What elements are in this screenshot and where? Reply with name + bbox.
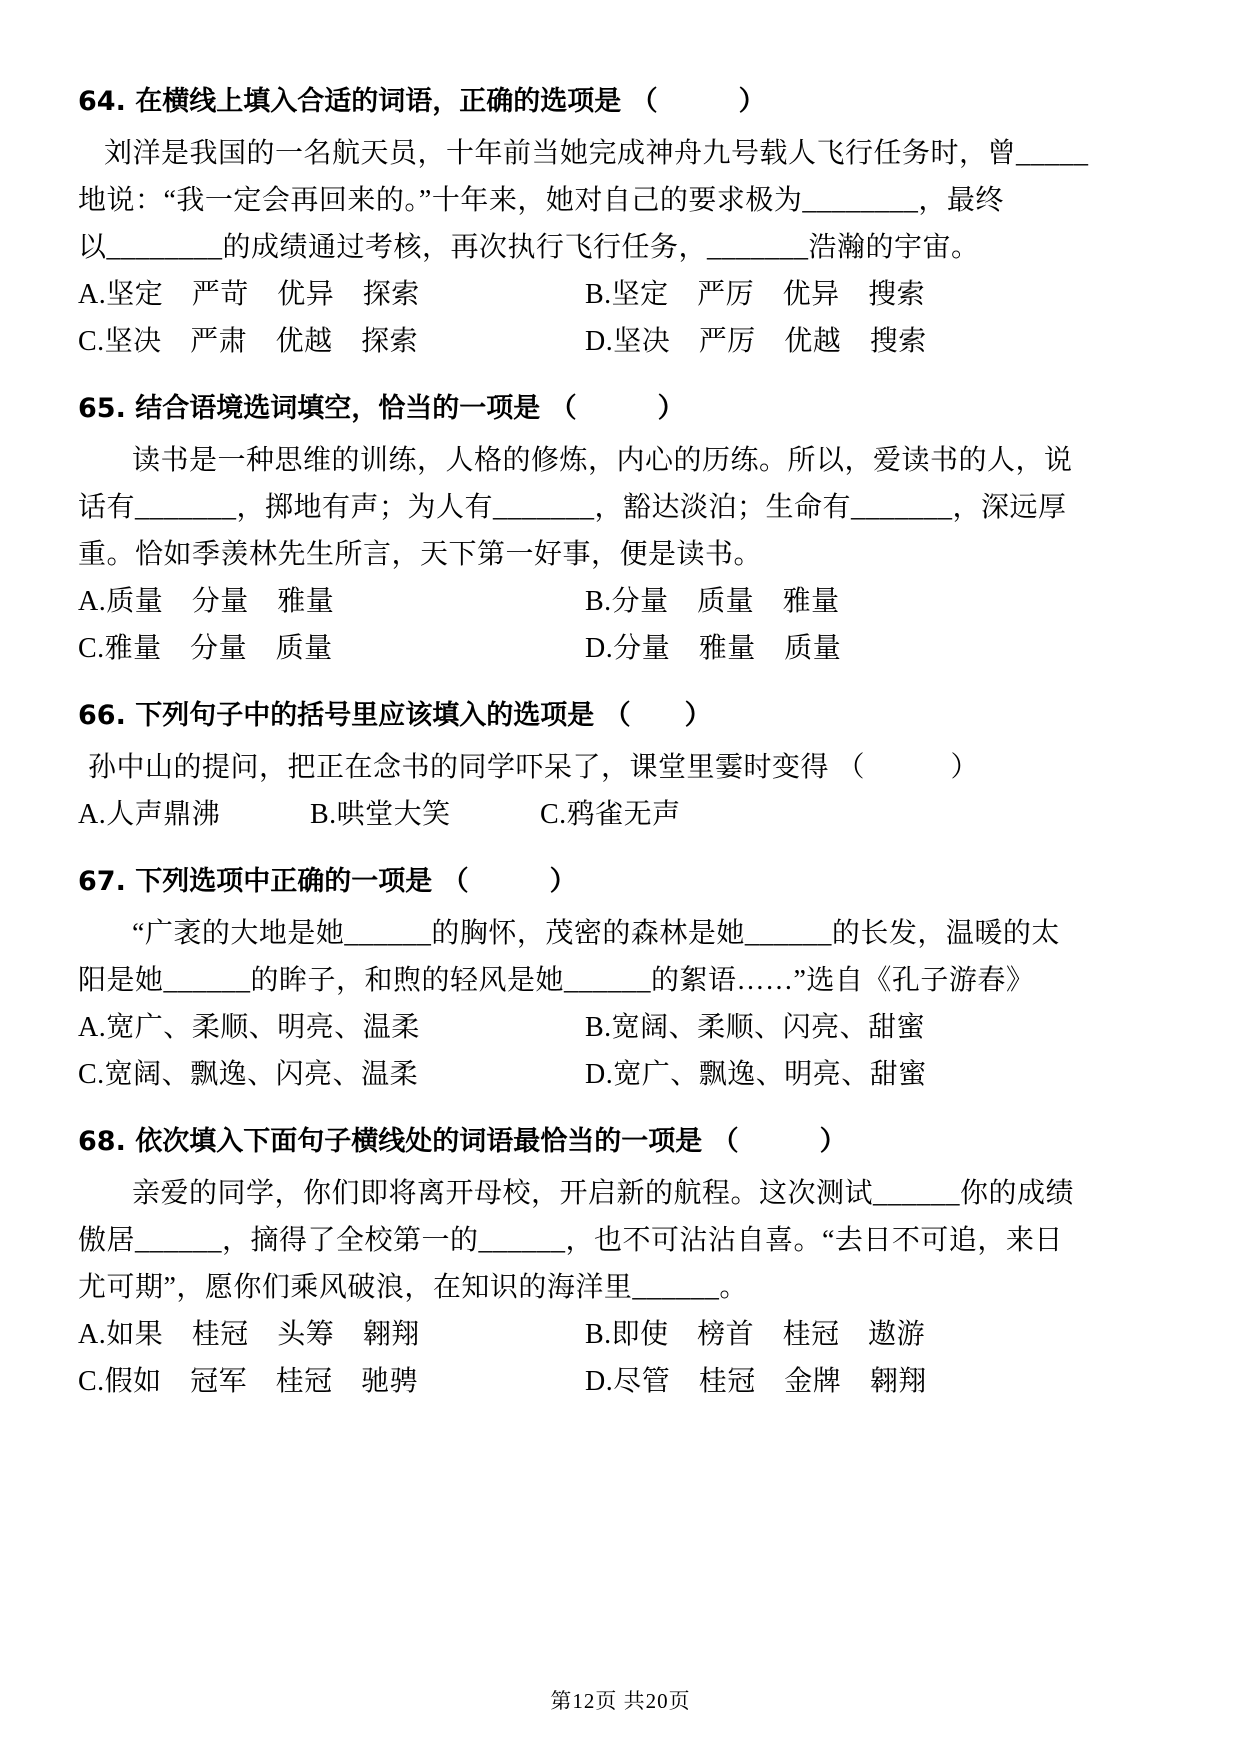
question-67-option-d: D.宽广、飘逸、明亮、甜蜜 bbox=[585, 1051, 927, 1098]
question-66: 66. 下列句子中的括号里应该填入的选项是 （ ） 孙中山的提问，把正在念书的同… bbox=[78, 698, 1167, 838]
question-64-title: 64. 在横线上填入合适的词语，正确的选项是 （ ） bbox=[78, 84, 1167, 120]
question-65-line-3: 重。恰如季羡林先生所言，天下第一好事，便是读书。 bbox=[78, 531, 1167, 578]
question-65-line-1: 读书是一种思维的训练，人格的修炼，内心的历练。所以，爱读书的人，说 bbox=[78, 437, 1167, 484]
question-65-option-b: B.分量 质量 雅量 bbox=[585, 578, 840, 625]
question-64-option-a: A.坚定 严苛 优异 探索 bbox=[78, 271, 585, 318]
question-64-option-b: B.坚定 严厉 优异 搜索 bbox=[585, 271, 925, 318]
question-67: 67. 下列选项中正确的一项是 （ ） “广袤的大地是她______的胸怀，茂密… bbox=[78, 864, 1167, 1098]
question-68-line-3: 尤可期”，愿你们乘风破浪，在知识的海洋里______。 bbox=[78, 1264, 1167, 1311]
question-66-title: 66. 下列句子中的括号里应该填入的选项是 （ ） bbox=[78, 698, 1167, 734]
question-65: 65. 结合语境选词填空，恰当的一项是 （ ） 读书是一种思维的训练，人格的修炼… bbox=[78, 391, 1167, 672]
question-66-option-c: C.鸦雀无声 bbox=[540, 791, 681, 838]
question-65-line-2: 话有_______，掷地有声；为人有_______，豁达淡泊；生命有______… bbox=[78, 484, 1167, 531]
question-67-title: 67. 下列选项中正确的一项是 （ ） bbox=[78, 864, 1167, 900]
question-64-line-2: 地说：“我一定会再回来的。”十年来，她对自己的要求极为________，最终 bbox=[78, 177, 1167, 224]
question-65-option-a: A.质量 分量 雅量 bbox=[78, 578, 585, 625]
question-66-option-a: A.人声鼎沸 bbox=[78, 791, 310, 838]
question-67-options-row-1: A.宽广、柔顺、明亮、温柔 B.宽阔、柔顺、闪亮、甜蜜 bbox=[78, 1004, 1167, 1051]
question-67-option-b: B.宽阔、柔顺、闪亮、甜蜜 bbox=[585, 1004, 925, 1051]
question-68-options-row-2: C.假如 冠军 桂冠 驰骋 D.尽管 桂冠 金牌 翱翔 bbox=[78, 1358, 1167, 1405]
question-67-option-c: C.宽阔、飘逸、闪亮、温柔 bbox=[78, 1051, 585, 1098]
question-68-option-a: A.如果 桂冠 头筹 翱翔 bbox=[78, 1311, 585, 1358]
question-64-line-3: 以________的成绩通过考核，再次执行飞行任务，_______浩瀚的宇宙。 bbox=[78, 224, 1167, 271]
question-67-option-a: A.宽广、柔顺、明亮、温柔 bbox=[78, 1004, 585, 1051]
page-footer: 第12页 共20页 bbox=[0, 1688, 1241, 1714]
question-67-options-row-2: C.宽阔、飘逸、闪亮、温柔 D.宽广、飘逸、明亮、甜蜜 bbox=[78, 1051, 1167, 1098]
question-68-option-d: D.尽管 桂冠 金牌 翱翔 bbox=[585, 1358, 927, 1405]
question-68-line-2: 傲居______，摘得了全校第一的______，也不可沾沾自喜。“去日不可追，来… bbox=[78, 1217, 1167, 1264]
question-68-line-1: 亲爱的同学，你们即将离开母校，开启新的航程。这次测试______你的成绩 bbox=[78, 1170, 1167, 1217]
question-65-options-row-1: A.质量 分量 雅量 B.分量 质量 雅量 bbox=[78, 578, 1167, 625]
question-66-option-b: B.哄堂大笑 bbox=[310, 791, 540, 838]
question-68-option-b: B.即使 榜首 桂冠 遨游 bbox=[585, 1311, 925, 1358]
question-64: 64. 在横线上填入合适的词语，正确的选项是 （ ） 刘洋是我国的一名航天员，十… bbox=[78, 84, 1167, 365]
question-68-title: 68. 依次填入下面句子横线处的词语最恰当的一项是 （ ） bbox=[78, 1124, 1167, 1160]
question-68-option-c: C.假如 冠军 桂冠 驰骋 bbox=[78, 1358, 585, 1405]
question-68-options-row-1: A.如果 桂冠 头筹 翱翔 B.即使 榜首 桂冠 遨游 bbox=[78, 1311, 1167, 1358]
question-65-title: 65. 结合语境选词填空，恰当的一项是 （ ） bbox=[78, 391, 1167, 427]
question-66-options-row-1: A.人声鼎沸 B.哄堂大笑 C.鸦雀无声 bbox=[78, 791, 1167, 838]
question-65-options-row-2: C.雅量 分量 质量 D.分量 雅量 质量 bbox=[78, 625, 1167, 672]
exam-page: 64. 在横线上填入合适的词语，正确的选项是 （ ） 刘洋是我国的一名航天员，十… bbox=[0, 0, 1241, 1755]
question-68: 68. 依次填入下面句子横线处的词语最恰当的一项是 （ ） 亲爱的同学，你们即将… bbox=[78, 1124, 1167, 1405]
question-64-option-d: D.坚决 严厉 优越 搜索 bbox=[585, 318, 927, 365]
question-66-line-1: 孙中山的提问，把正在念书的同学吓呆了，课堂里霎时变得 （ ） bbox=[78, 744, 1167, 791]
question-64-option-c: C.坚决 严肃 优越 探索 bbox=[78, 318, 585, 365]
question-64-options-row-2: C.坚决 严肃 优越 探索 D.坚决 严厉 优越 搜索 bbox=[78, 318, 1167, 365]
question-65-option-c: C.雅量 分量 质量 bbox=[78, 625, 585, 672]
question-65-option-d: D.分量 雅量 质量 bbox=[585, 625, 841, 672]
question-67-line-1: “广袤的大地是她______的胸怀，茂密的森林是她______的长发，温暖的太 bbox=[78, 910, 1167, 957]
question-64-options-row-1: A.坚定 严苛 优异 探索 B.坚定 严厉 优异 搜索 bbox=[78, 271, 1167, 318]
question-64-line-1: 刘洋是我国的一名航天员，十年前当她完成神舟九号载人飞行任务时，曾_____ bbox=[78, 130, 1167, 177]
question-67-line-2: 阳是她______的眸子，和煦的轻风是她______的絮语……”选自《孔子游春》 bbox=[78, 957, 1167, 1004]
